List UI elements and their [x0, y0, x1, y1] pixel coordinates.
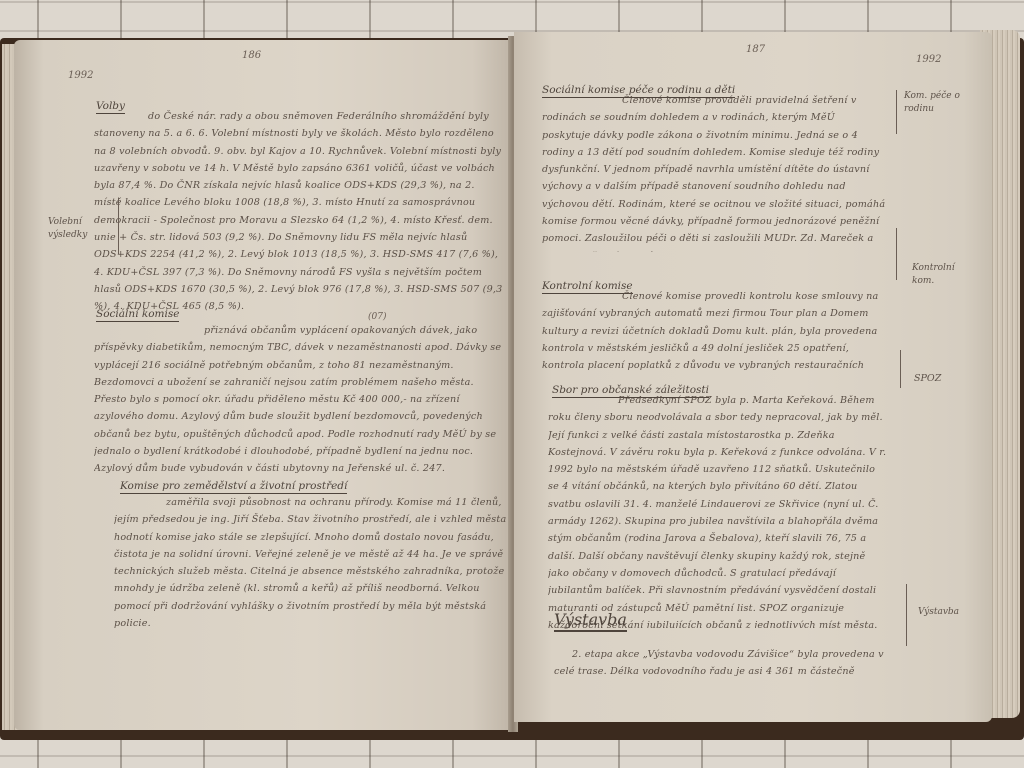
margin-rule [906, 584, 907, 646]
page-number: 187 [746, 44, 765, 55]
margin-rule [896, 90, 897, 134]
section-text: zaměřila svoji působnost na ochranu přír… [114, 494, 508, 666]
section-text: přiznává občanům vyplácení opakovaných d… [94, 322, 508, 494]
year-label: 1992 [68, 70, 93, 81]
margin-note: Volební výsledky [48, 216, 104, 242]
margin-note: Kom. péče o rodinu [904, 90, 974, 116]
annotation: (07) [368, 312, 386, 322]
section-text: 2. etapa akce „Výstavba vodovodu Závišic… [554, 646, 894, 682]
section-text: Členové komise provedli kontrolu kose sm… [542, 288, 886, 378]
margin-note: SPOZ [914, 372, 974, 385]
section-heading: Sociální komise [96, 308, 179, 322]
margin-rule [900, 350, 901, 388]
section-text: Členové komise prováděli pravidelná šetř… [542, 92, 886, 252]
right-page: 187 1992 Sociální komise péče o rodinu a… [514, 32, 992, 722]
section-text: do České nár. rady a obou sněmoven Feder… [94, 108, 504, 330]
section-heading: Výstavba [554, 610, 627, 632]
section-heading: Komise pro zemědělství a životní prostře… [120, 480, 347, 494]
section-text: Předsedkyní SPOZ byla p. Marta Keřeková.… [548, 392, 888, 628]
margin-note: Kontrolní kom. [912, 262, 972, 288]
margin-note: Výstavba [918, 606, 978, 619]
page-number: 186 [242, 50, 261, 61]
year-label: 1992 [916, 54, 941, 65]
margin-rule [896, 228, 897, 280]
margin-rule [118, 198, 119, 254]
left-page: 186 1992 Volby do České nár. rady a obou… [14, 40, 512, 730]
